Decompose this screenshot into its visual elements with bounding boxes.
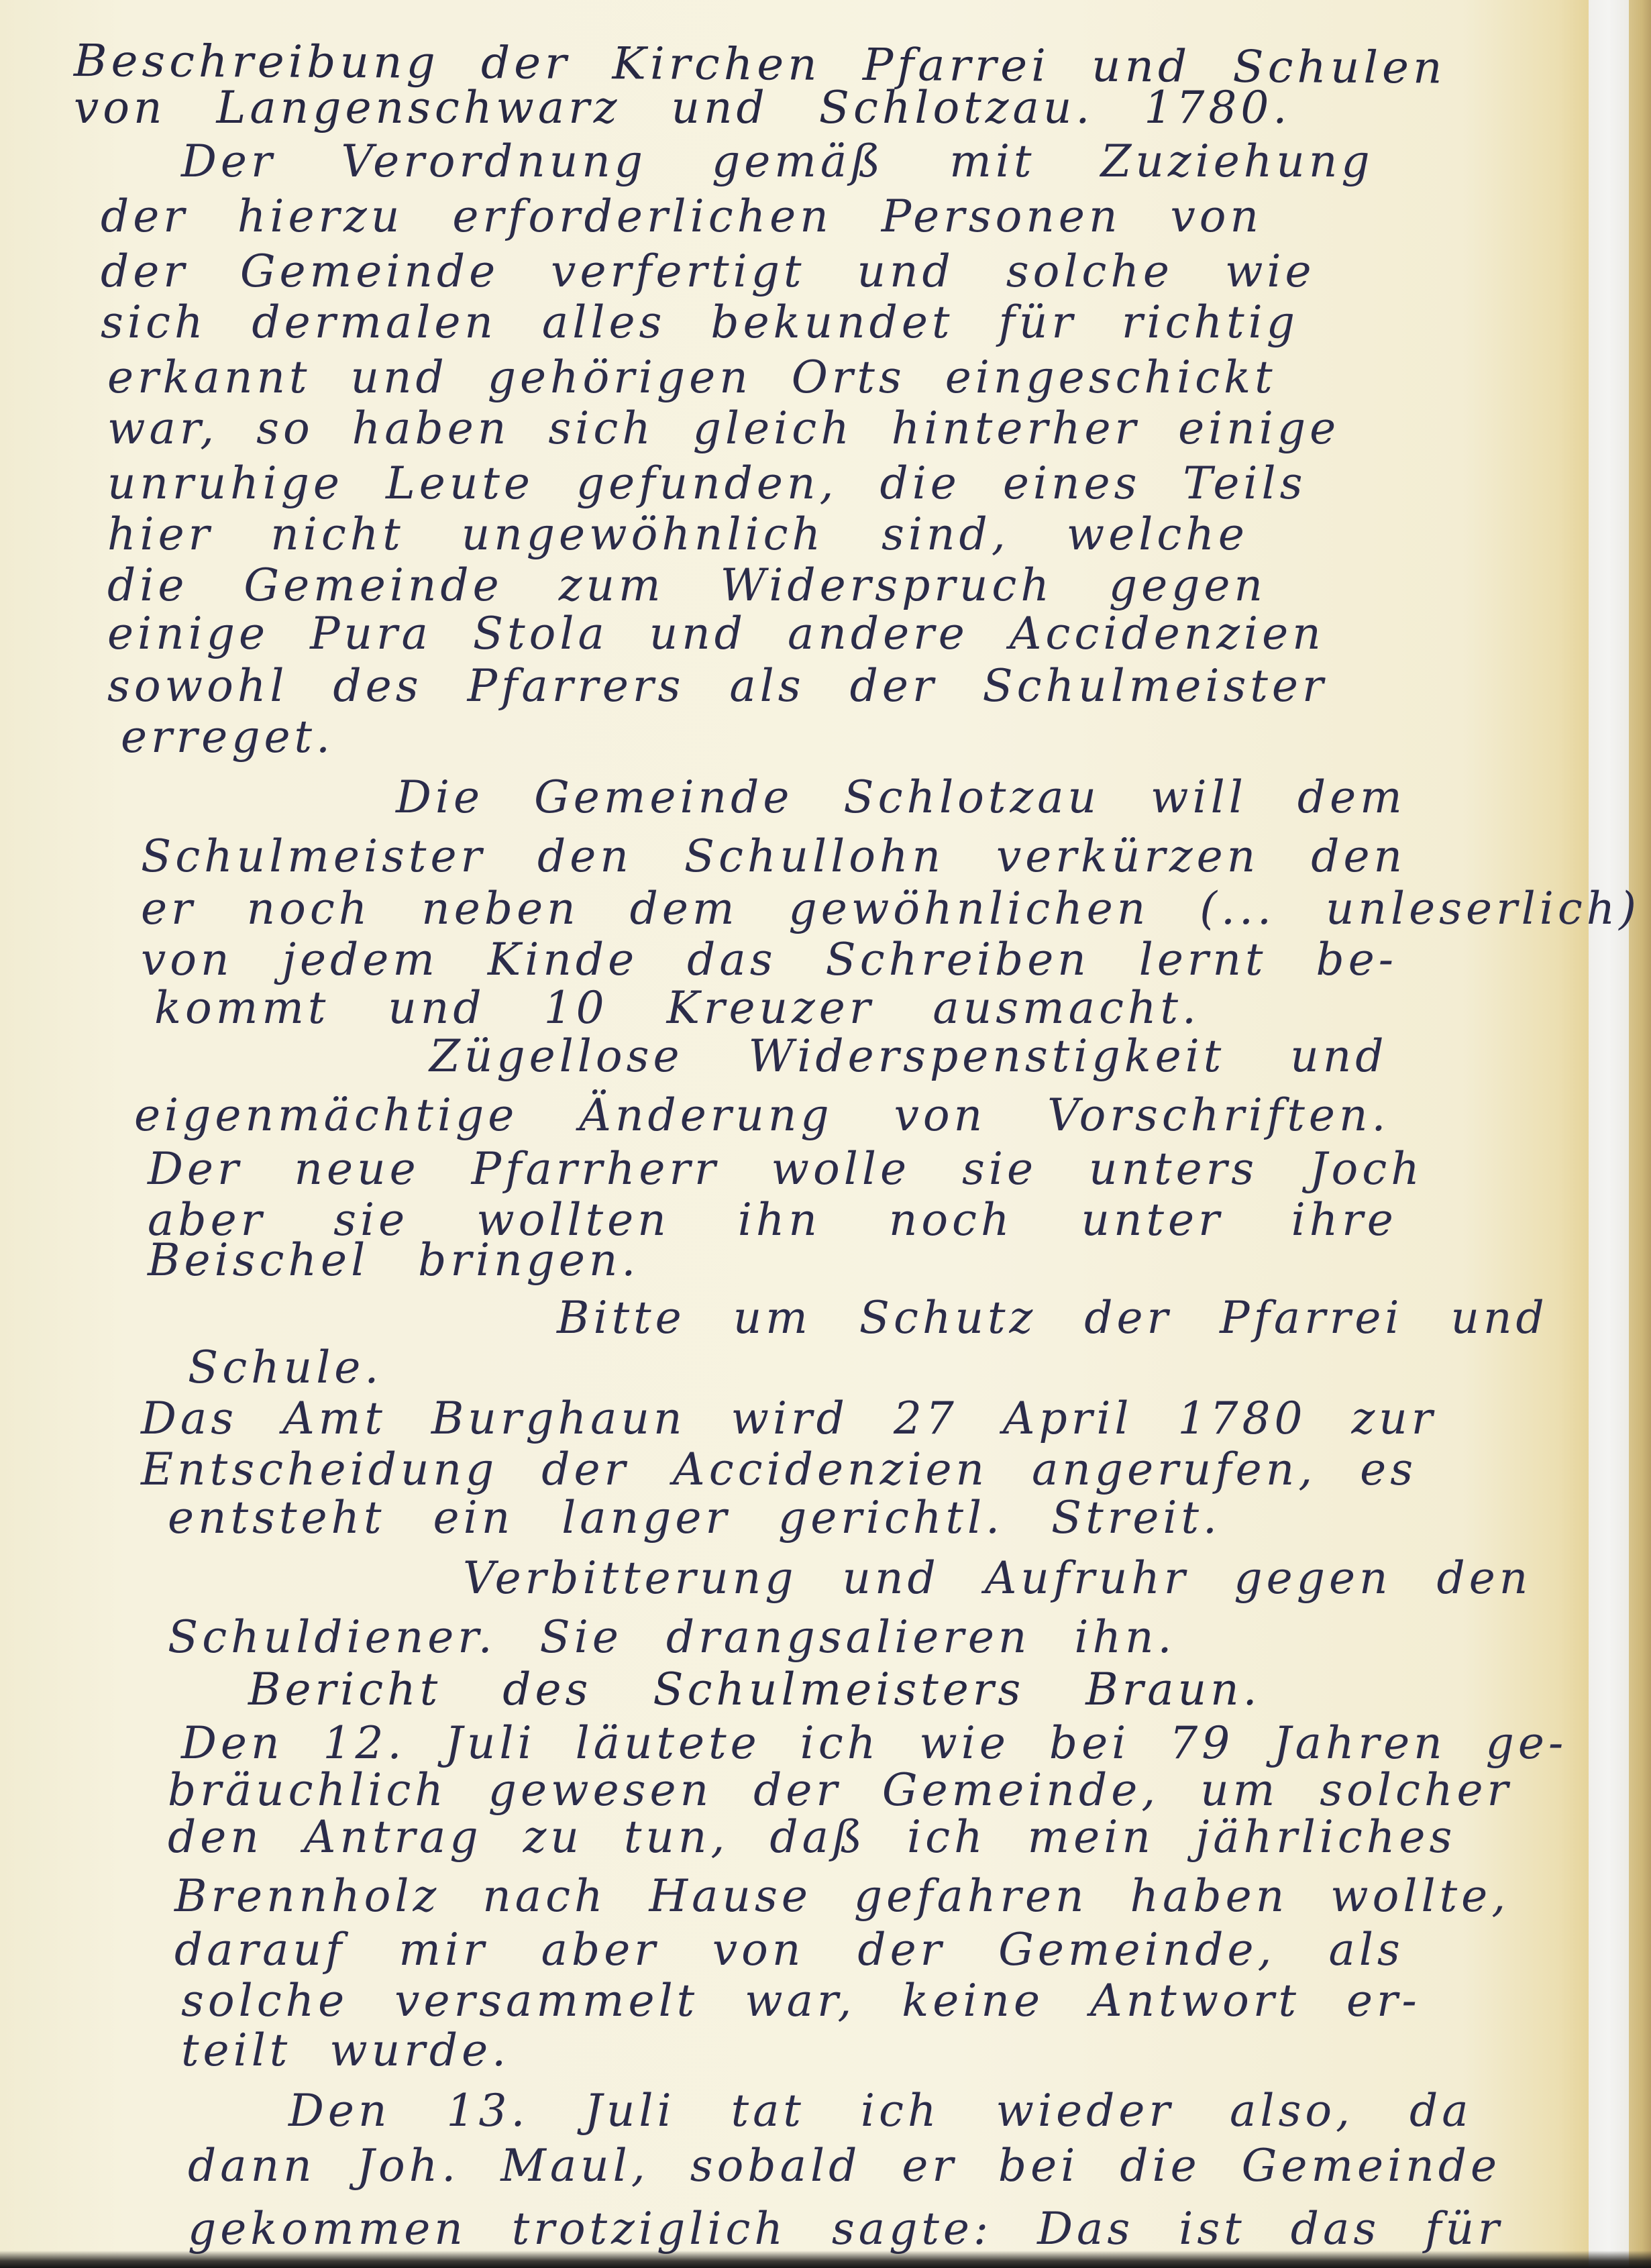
text-line: Den 12. Juli läutete ich wie bei 79 Jahr… (181, 1721, 1567, 1766)
text-line: Den 13. Juli tat ich wieder also, da (288, 2089, 1473, 2133)
text-line: Verbitterung und Aufruhr gegen den (463, 1556, 1532, 1601)
text-line: der hierzu erforderlichen Personen von (101, 195, 1263, 239)
text-line: Brennholz nach Hause gefahren haben woll… (174, 1874, 1509, 1919)
text-line: eigenmächtige Änderung von Vorschriften. (134, 1093, 1389, 1138)
text-line: er noch neben dem gewöhnlichen (... unle… (141, 887, 1640, 931)
text-line: teilt wurde. (181, 2029, 510, 2073)
text-line: sich dermalen alles bekundet für richtig (101, 301, 1299, 345)
text-line: darauf mir aber von der Gemeinde, als (174, 1928, 1404, 1972)
text-line: den Antrag zu tun, daß ich mein jährlich… (168, 1815, 1456, 1859)
text-line: dann Joh. Maul, sobald er bei die Gemein… (188, 2144, 1501, 2188)
text-line: Entscheidung der Accidenzien angerufen, … (141, 1448, 1417, 1492)
text-line: Zügellose Widerspenstigkeit und (429, 1034, 1388, 1079)
text-line: Das Amt Burghaun wird 27 April 1780 zur (141, 1397, 1436, 1441)
text-line: Beischel bringen. (148, 1238, 639, 1283)
handwritten-text: Beschreibung der Kirchen Pfarrei und Sch… (0, 0, 1590, 2268)
text-line: von jedem Kinde das Schreiben lernt be- (141, 938, 1397, 982)
text-line: der Gemeinde verfertigt und solche wie (101, 250, 1316, 294)
text-line: solche versammelt war, keine Antwort er- (181, 1979, 1421, 2023)
text-line: erkannt und gehörigen Orts eingeschickt (107, 356, 1277, 400)
text-line: die Gemeinde zum Widerspruch gegen (107, 563, 1267, 608)
text-line: Der Verordnung gemäß mit Zuziehung (181, 140, 1374, 184)
white-paper-strip (1589, 0, 1629, 2268)
text-line: kommt und 10 Kreuzer ausmacht. (154, 986, 1200, 1030)
text-line: sowohl des Pfarrers als der Schulmeister (107, 664, 1328, 708)
section-heading: Bericht des Schulmeisters Braun. (248, 1668, 1261, 1712)
scan-bottom-shadow (0, 2251, 1651, 2268)
text-line: hier nicht ungewöhnlich sind, welche (107, 512, 1248, 557)
text-line: Schulmeister den Schullohn verkürzen den (141, 834, 1406, 879)
text-line: war, so haben sich gleich hinterher eini… (107, 407, 1340, 451)
text-line: Schule. (188, 1346, 382, 1390)
title-line-2: von Langenschwarz und Schlotzau. 1780. (74, 86, 1291, 130)
text-line: unruhige Leute gefunden, die eines Teils (107, 462, 1306, 506)
text-line: Die Gemeinde Schlotzau will dem (396, 775, 1406, 820)
text-line: gekommen trotziglich sagte: Das ist das … (188, 2207, 1503, 2251)
text-line: Der neue Pfarrherr wolle sie unters Joch (148, 1147, 1424, 1191)
text-line: entsteht ein langer gerichtl. Streit. (168, 1496, 1221, 1540)
text-line: bräuchlich gewesen der Gemeinde, um solc… (168, 1768, 1512, 1813)
text-line: einige Pura Stola und andere Accidenzien (107, 612, 1325, 656)
text-line: Bitte um Schutz der Pfarrei und (557, 1296, 1548, 1340)
text-line: erreget. (121, 715, 334, 759)
text-line: Schuldiener. Sie drangsalieren ihn. (168, 1615, 1176, 1660)
yellowed-page-edge (1629, 0, 1651, 2268)
